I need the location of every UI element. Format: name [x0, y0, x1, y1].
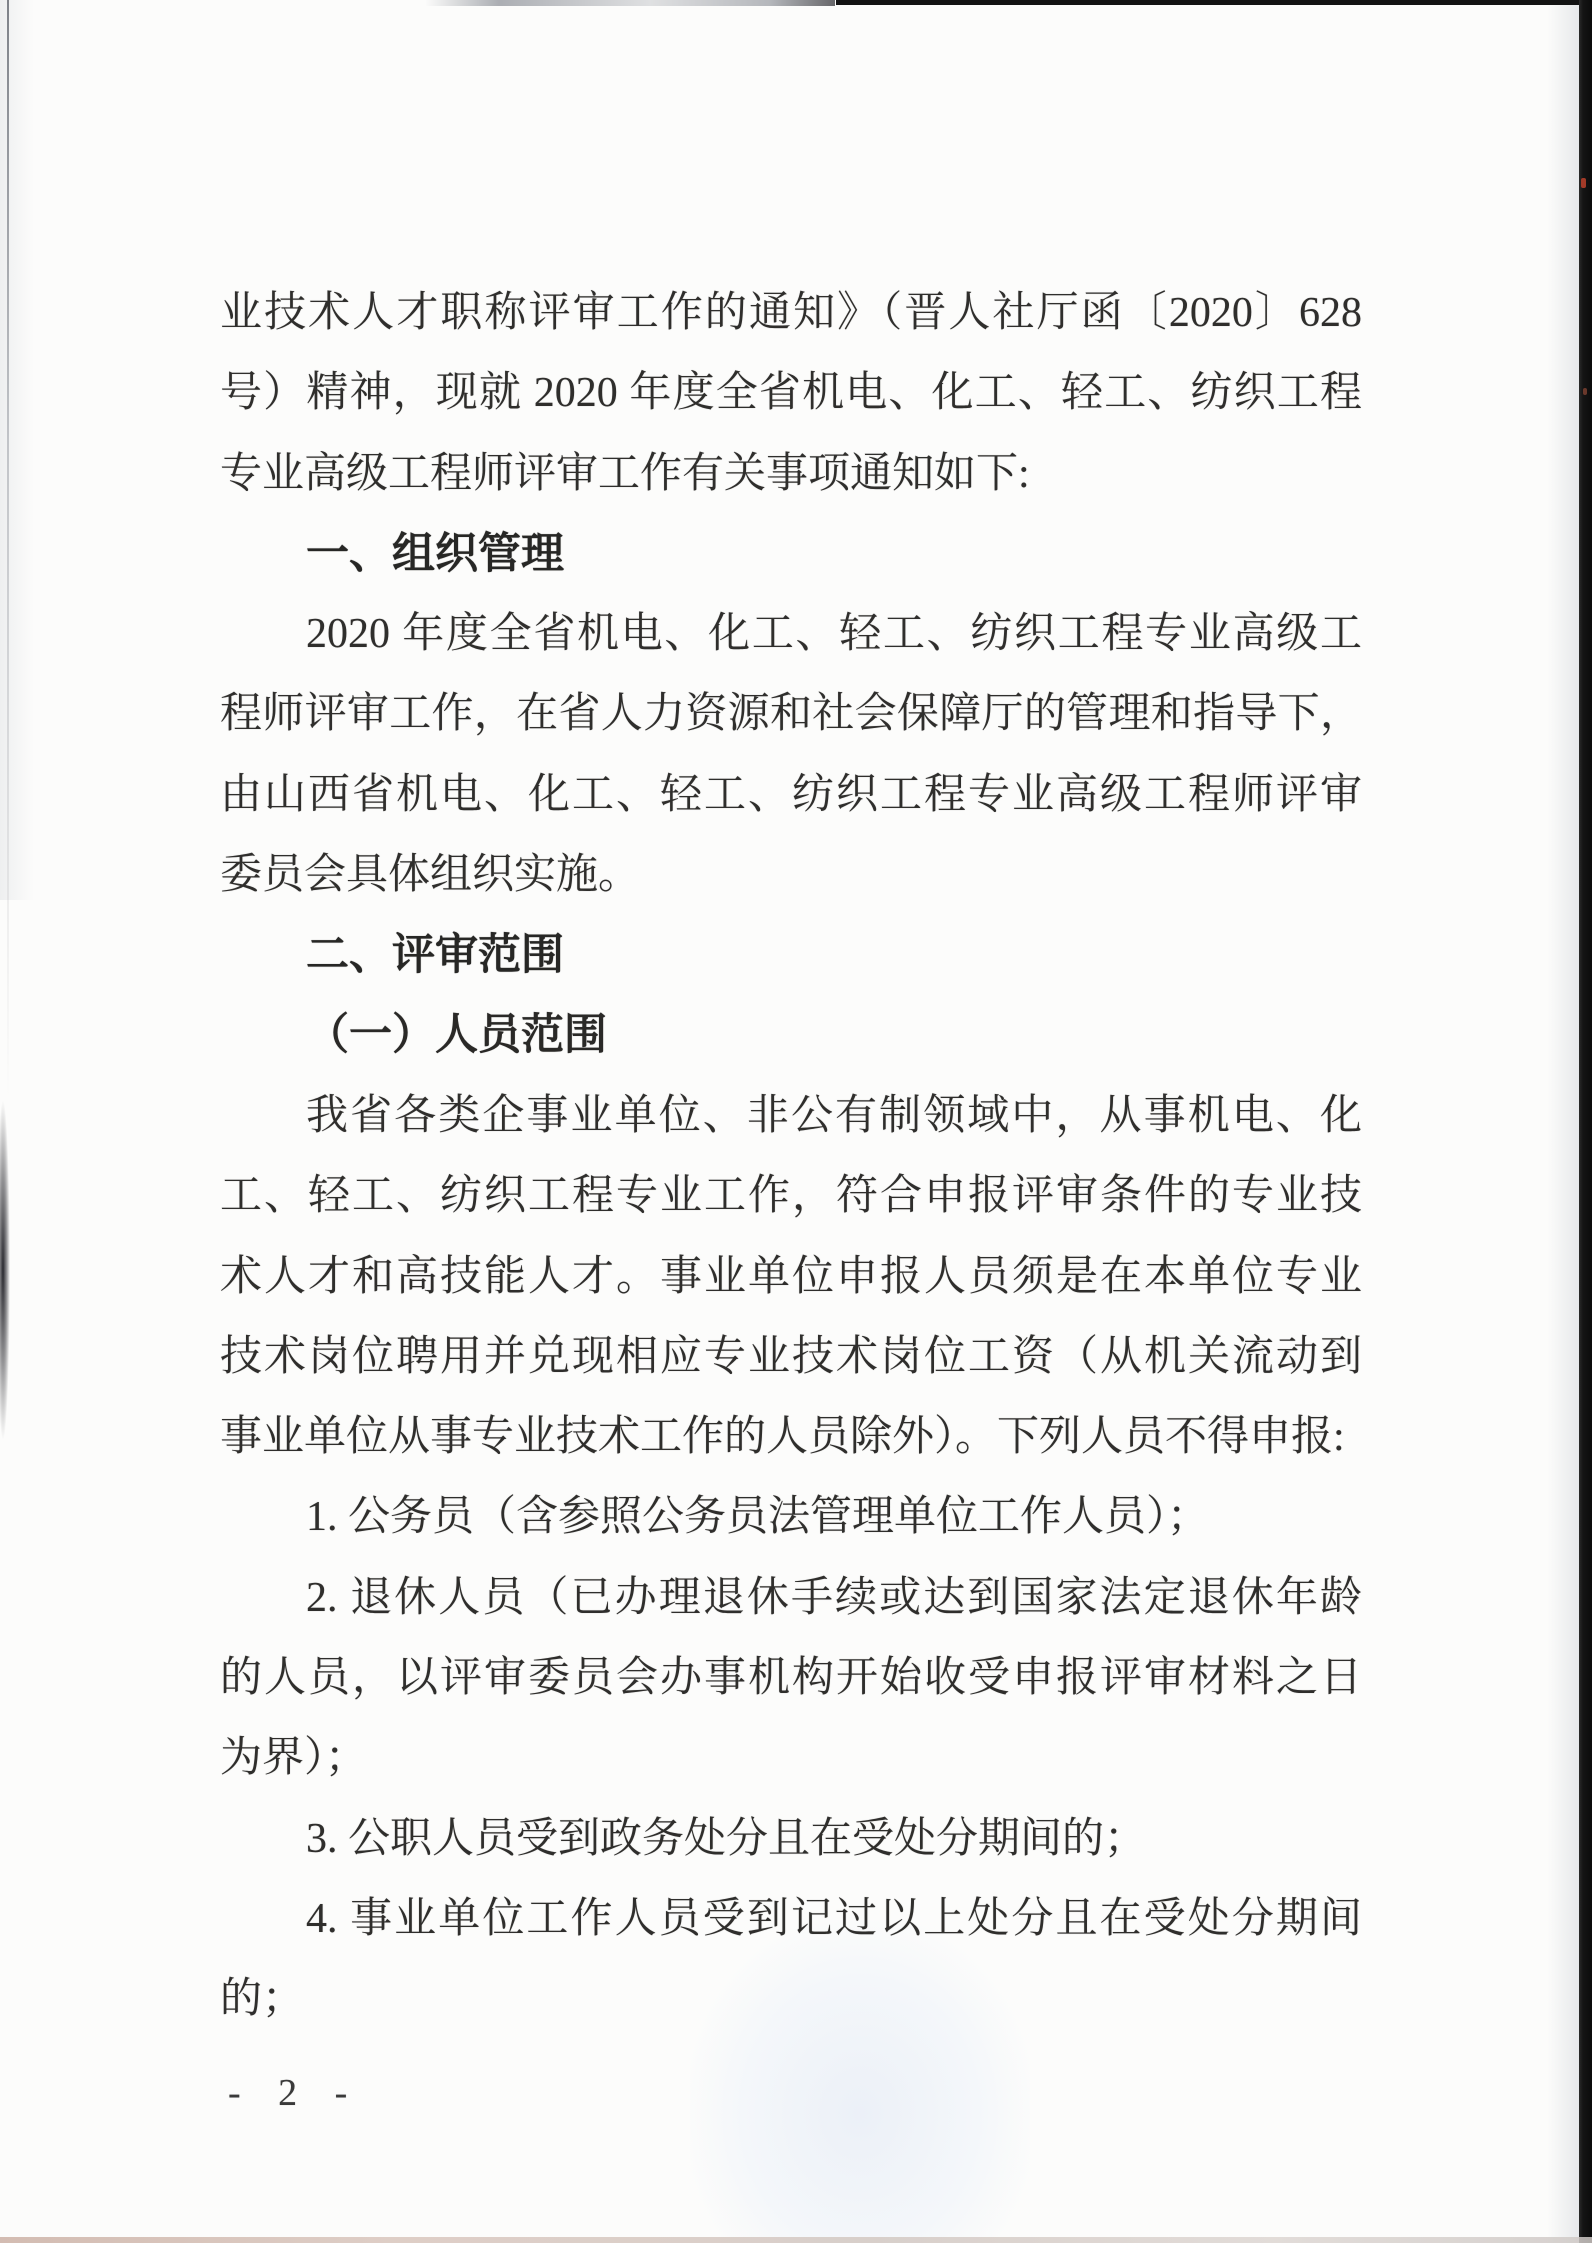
page-number: - 2 - — [228, 2070, 361, 2116]
list-item-2-line-3: 为界）； — [220, 1718, 1362, 1798]
list-item-4-line-1: 4. 事业单位工作人员受到记过以上处分且在受处分期间 — [220, 1879, 1362, 1959]
intro-line-1: 业技术人才职称评审工作的通知》（晋人社厅函〔2020〕628 — [220, 273, 1362, 353]
scan-artifact-top-smudge — [425, 0, 835, 6]
list-item-2-line-2: 的人员，以评审委员会办事机构开始收受申报评审材料之日 — [220, 1638, 1362, 1718]
scan-artifact-red-speck-lower — [1583, 388, 1587, 395]
para-scope-line-2: 工、轻工、纺织工程专业工作，符合申报评审条件的专业技 — [220, 1156, 1362, 1236]
scan-artifact-left-shading — [0, 0, 34, 900]
para-scope-line-5: 事业单位从事专业技术工作的人员除外）。下列人员不得申报: — [220, 1397, 1362, 1477]
para-scope-line-1: 我省各类企事业单位、非公有制领域中，从事机电、化 — [220, 1076, 1362, 1156]
list-item-4-line-2: 的； — [220, 1959, 1362, 2039]
para-scope-line-4: 技术岗位聘用并兑现相应专业技术岗位工资（从机关流动到 — [220, 1317, 1362, 1397]
para-org-line-1: 2020 年度全省机电、化工、轻工、纺织工程专业高级工 — [220, 594, 1362, 674]
list-item-1: 1. 公务员（含参照公务员法管理单位工作人员）； — [220, 1477, 1362, 1557]
heading-section-1: 一、组织管理 — [220, 514, 1362, 594]
scan-artifact-bottom-edge-strip — [0, 2237, 1592, 2243]
para-org-line-4: 委员会具体组织实施。 — [220, 835, 1362, 915]
heading-section-2-1: （一）人员范围 — [220, 996, 1362, 1076]
scan-artifact-red-speck-upper — [1581, 178, 1586, 188]
scan-artifact-left-dark-blob — [0, 1100, 10, 1440]
scan-artifact-right-edge-shadow — [1547, 0, 1579, 2243]
para-org-line-3: 由山西省机电、化工、轻工、纺织工程专业高级工程师评审 — [220, 755, 1362, 835]
document-page: 业技术人才职称评审工作的通知》（晋人社厅函〔2020〕628号）精神，现就 20… — [0, 0, 1592, 2243]
para-scope-line-3: 术人才和高技能人才。事业单位申报人员须是在本单位专业 — [220, 1237, 1362, 1317]
scan-artifact-top-black-edge — [836, 0, 1579, 5]
intro-line-2: 号）精神，现就 2020 年度全省机电、化工、轻工、纺织工程 — [220, 353, 1362, 433]
scan-artifact-left-edge-line — [7, 0, 9, 1100]
scan-artifact-right-black-edge — [1579, 0, 1592, 2243]
heading-section-2: 二、评审范围 — [220, 915, 1362, 995]
intro-line-3: 专业高级工程师评审工作有关事项通知如下: — [220, 434, 1362, 514]
list-item-2-line-1: 2. 退休人员（已办理退休手续或达到国家法定退休年龄 — [220, 1558, 1362, 1638]
list-item-3: 3. 公职人员受到政务处分且在受处分期间的； — [220, 1799, 1362, 1879]
para-org-line-2: 程师评审工作，在省人力资源和社会保障厅的管理和指导下， — [220, 674, 1362, 754]
document-body: 业技术人才职称评审工作的通知》（晋人社厅函〔2020〕628号）精神，现就 20… — [220, 273, 1362, 2040]
